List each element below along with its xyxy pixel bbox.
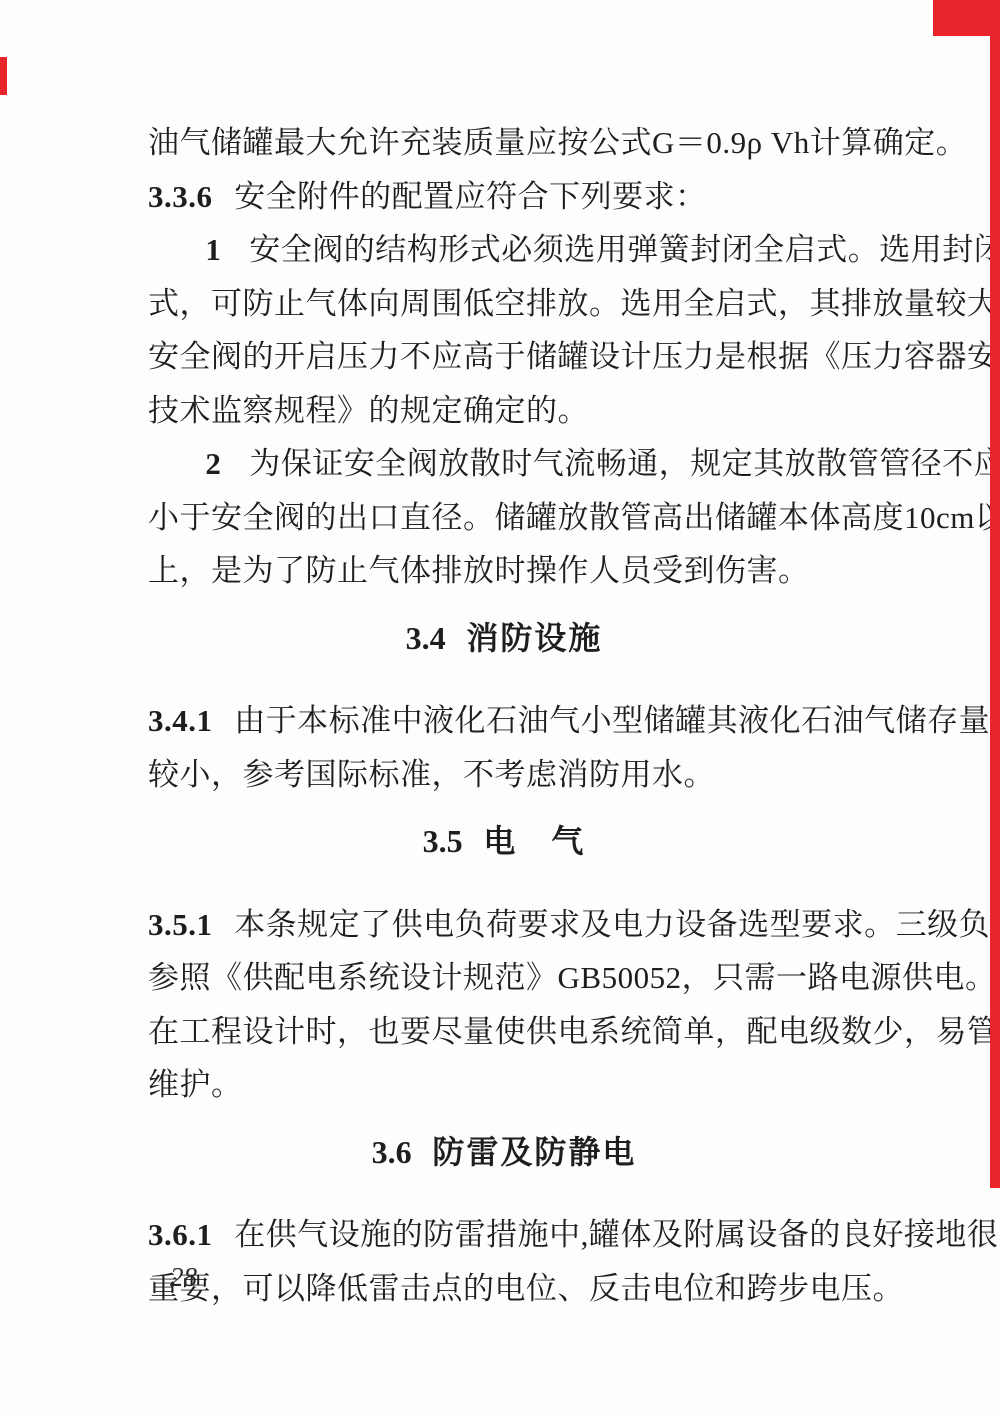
section-number: 3.6 bbox=[372, 1134, 412, 1170]
section-heading: 3.4消防设施 bbox=[148, 612, 860, 666]
clause-number: 1 bbox=[205, 232, 221, 267]
line-text: 由于本标准中液化石油气小型储罐其液化石油气储存量 bbox=[234, 703, 990, 738]
line-text: 在供气设施的防雷措施中,罐体及附属设备的良好接地很 bbox=[234, 1217, 998, 1252]
clause-number: 3.3.6 bbox=[148, 179, 213, 214]
section-title: 防雷及防静电 bbox=[432, 1134, 636, 1170]
line-text: 小于安全阀的出口直径。储罐放散管高出储罐本体高度10cm以 bbox=[148, 500, 1000, 535]
text-line: 油气储罐最大允许充装质量应按公式G＝0.9ρ Vh计算确定。 bbox=[148, 116, 860, 170]
line-text: 维护。 bbox=[148, 1067, 243, 1102]
text-line: 重要，可以降低雷击点的电位、反击电位和跨步电压。 bbox=[148, 1262, 860, 1316]
text-line: 式，可防止气体向周围低空排放。选用全启式，其排放量较大。 bbox=[148, 277, 860, 331]
red-scan-mark-right-edge bbox=[990, 0, 1000, 1188]
line-text: 油气储罐最大允许充装质量应按公式G＝0.9ρ Vh计算确定。 bbox=[148, 125, 967, 160]
text-line: 2为保证安全阀放散时气流畅通，规定其放散管管径不应 bbox=[148, 437, 860, 491]
text-line: 小于安全阀的出口直径。储罐放散管高出储罐本体高度10cm以 bbox=[148, 491, 860, 545]
line-text: 技术监察规程》的规定确定的。 bbox=[148, 393, 589, 428]
section-number: 3.5 bbox=[423, 823, 463, 859]
line-text: 安全附件的配置应符合下列要求： bbox=[234, 179, 707, 214]
document-body: 油气储罐最大允许充装质量应按公式G＝0.9ρ Vh计算确定。3.3.6安全附件的… bbox=[148, 116, 860, 1315]
clause-number: 3.5.1 bbox=[148, 907, 213, 942]
text-line: 安全阀的开启压力不应高于储罐设计压力是根据《压力容器安全 bbox=[148, 330, 860, 384]
line-text: 在工程设计时，也要尽量使供电系统简单，配电级数少，易管理 bbox=[148, 1014, 1000, 1049]
text-line: 上，是为了防止气体排放时操作人员受到伤害。 bbox=[148, 544, 860, 598]
line-text: 较小，参考国际标准，不考虑消防用水。 bbox=[148, 757, 715, 792]
line-text: 式，可防止气体向周围低空排放。选用全启式，其排放量较大。 bbox=[148, 286, 1000, 321]
line-text: 安全阀的结构形式必须选用弹簧封闭全启式。选用封闭 bbox=[249, 232, 1000, 267]
text-line: 较小，参考国际标准，不考虑消防用水。 bbox=[148, 748, 860, 802]
clause-number: 2 bbox=[205, 446, 221, 481]
text-line: 技术监察规程》的规定确定的。 bbox=[148, 384, 860, 438]
section-number: 3.4 bbox=[406, 620, 446, 656]
line-text: 为保证安全阀放散时气流畅通，规定其放散管管径不应 bbox=[249, 446, 1000, 481]
section-heading: 3.6防雷及防静电 bbox=[148, 1126, 860, 1180]
clause-number: 3.4.1 bbox=[148, 703, 213, 738]
section-title: 消防设施 bbox=[466, 620, 602, 656]
line-text: 参照《供配电系统设计规范》GB50052，只需一路电源供电。但 bbox=[148, 960, 1000, 995]
section-title: 电 气 bbox=[483, 823, 585, 859]
text-line: 3.5.1本条规定了供电负荷要求及电力设备选型要求。三级负荷 bbox=[148, 898, 860, 952]
line-text: 重要，可以降低雷击点的电位、反击电位和跨步电压。 bbox=[148, 1271, 904, 1306]
document-page: 油气储罐最大允许充装质量应按公式G＝0.9ρ Vh计算确定。3.3.6安全附件的… bbox=[0, 0, 1000, 1414]
text-line: 维护。 bbox=[148, 1058, 860, 1112]
text-line: 在工程设计时，也要尽量使供电系统简单，配电级数少，易管理 bbox=[148, 1005, 860, 1059]
line-text: 安全阀的开启压力不应高于储罐设计压力是根据《压力容器安全 bbox=[148, 339, 1000, 374]
line-text: 本条规定了供电负荷要求及电力设备选型要求。三级负荷 bbox=[234, 907, 1000, 942]
text-line: 1安全阀的结构形式必须选用弹簧封闭全启式。选用封闭 bbox=[148, 223, 860, 277]
text-line: 3.3.6安全附件的配置应符合下列要求： bbox=[148, 170, 860, 224]
clause-number: 3.6.1 bbox=[148, 1217, 213, 1252]
text-line: 3.6.1在供气设施的防雷措施中,罐体及附属设备的良好接地很 bbox=[148, 1208, 860, 1262]
line-text: 上，是为了防止气体排放时操作人员受到伤害。 bbox=[148, 553, 810, 588]
page-number: 28 bbox=[170, 1262, 197, 1293]
section-heading: 3.5电 气 bbox=[148, 815, 860, 869]
text-line: 参照《供配电系统设计规范》GB50052，只需一路电源供电。但 bbox=[148, 951, 860, 1005]
red-scan-mark-left-edge bbox=[0, 57, 7, 95]
text-line: 3.4.1由于本标准中液化石油气小型储罐其液化石油气储存量 bbox=[148, 694, 860, 748]
